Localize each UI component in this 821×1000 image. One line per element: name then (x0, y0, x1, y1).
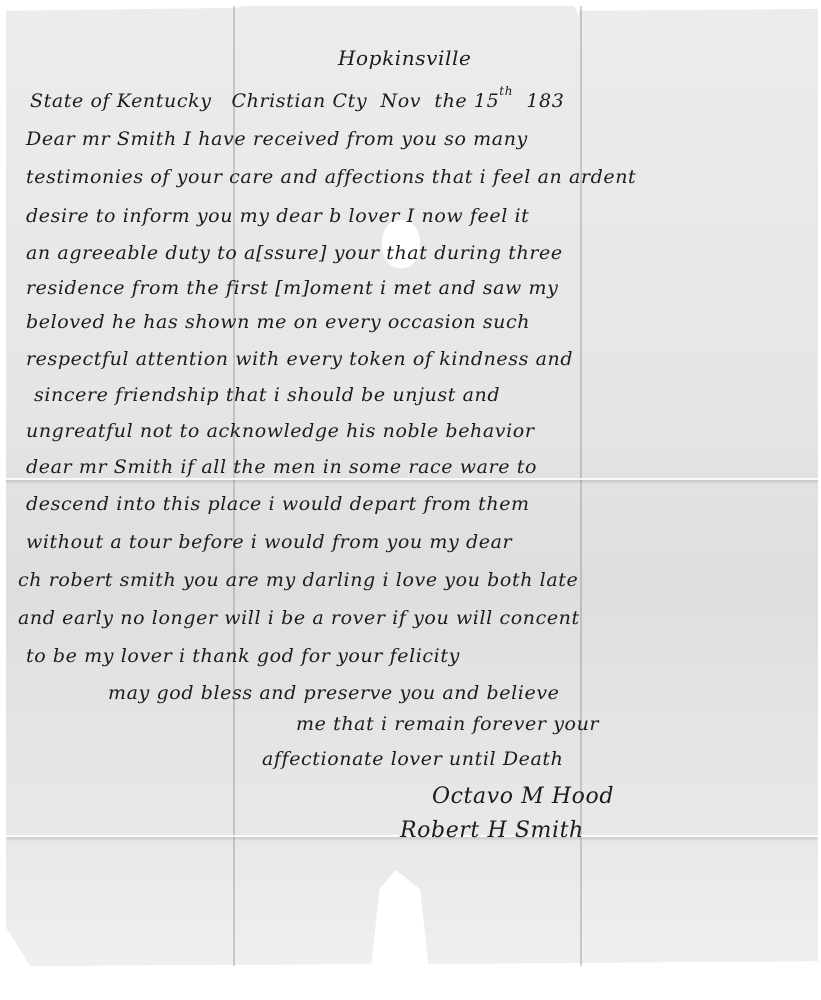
body-line: Dear mr Smith I have received from you s… (26, 128, 528, 150)
body-line: ungreatful not to acknowledge his noble … (26, 420, 535, 442)
body-line: may god bless and preserve you and belie… (108, 682, 560, 704)
fold-crease-vertical-left (233, 6, 235, 966)
closing-line: me that i remain forever your (296, 713, 599, 735)
body-line: to be my lover i thank god for your feli… (26, 645, 460, 667)
dateline-state: State of Kentucky (30, 90, 212, 112)
closing-line: affectionate lover until Death (262, 748, 564, 770)
place-heading: Hopkinsville (338, 46, 471, 70)
body-line: sincere friendship that i should be unju… (34, 384, 500, 406)
body-line: desire to inform you my dear b lover I n… (26, 205, 529, 227)
signature-witness: Octavo M Hood (432, 784, 614, 809)
body-line: descend into this place i would depart f… (26, 493, 530, 515)
fold-crease-horizontal-middle (6, 478, 818, 480)
body-line: respectful attention with every token of… (26, 348, 573, 370)
dateline-day-suffix: th (499, 84, 513, 98)
body-line: dear mr Smith if all the men in some rac… (26, 456, 537, 478)
dateline-year: 183 (526, 90, 564, 112)
dateline-day: the 15 (434, 90, 499, 112)
body-line: residence from the first [m]oment i met … (26, 277, 559, 299)
dateline: State of Kentucky Christian Cty Nov the … (30, 84, 564, 112)
body-line: and early no longer will i be a rover if… (18, 607, 580, 629)
dateline-county: Christian Cty (231, 90, 367, 112)
body-line: ch robert smith you are my darling i lov… (18, 569, 578, 591)
body-line: an agreeable duty to a[ssure] your that … (26, 242, 563, 264)
body-line: beloved he has shown me on every occasio… (26, 311, 530, 333)
dateline-month: Nov (380, 90, 421, 112)
signature-author: Robert H Smith (400, 818, 584, 843)
body-line: testimonies of your care and affections … (26, 166, 636, 188)
body-line: without a tour before i would from you m… (26, 531, 512, 553)
